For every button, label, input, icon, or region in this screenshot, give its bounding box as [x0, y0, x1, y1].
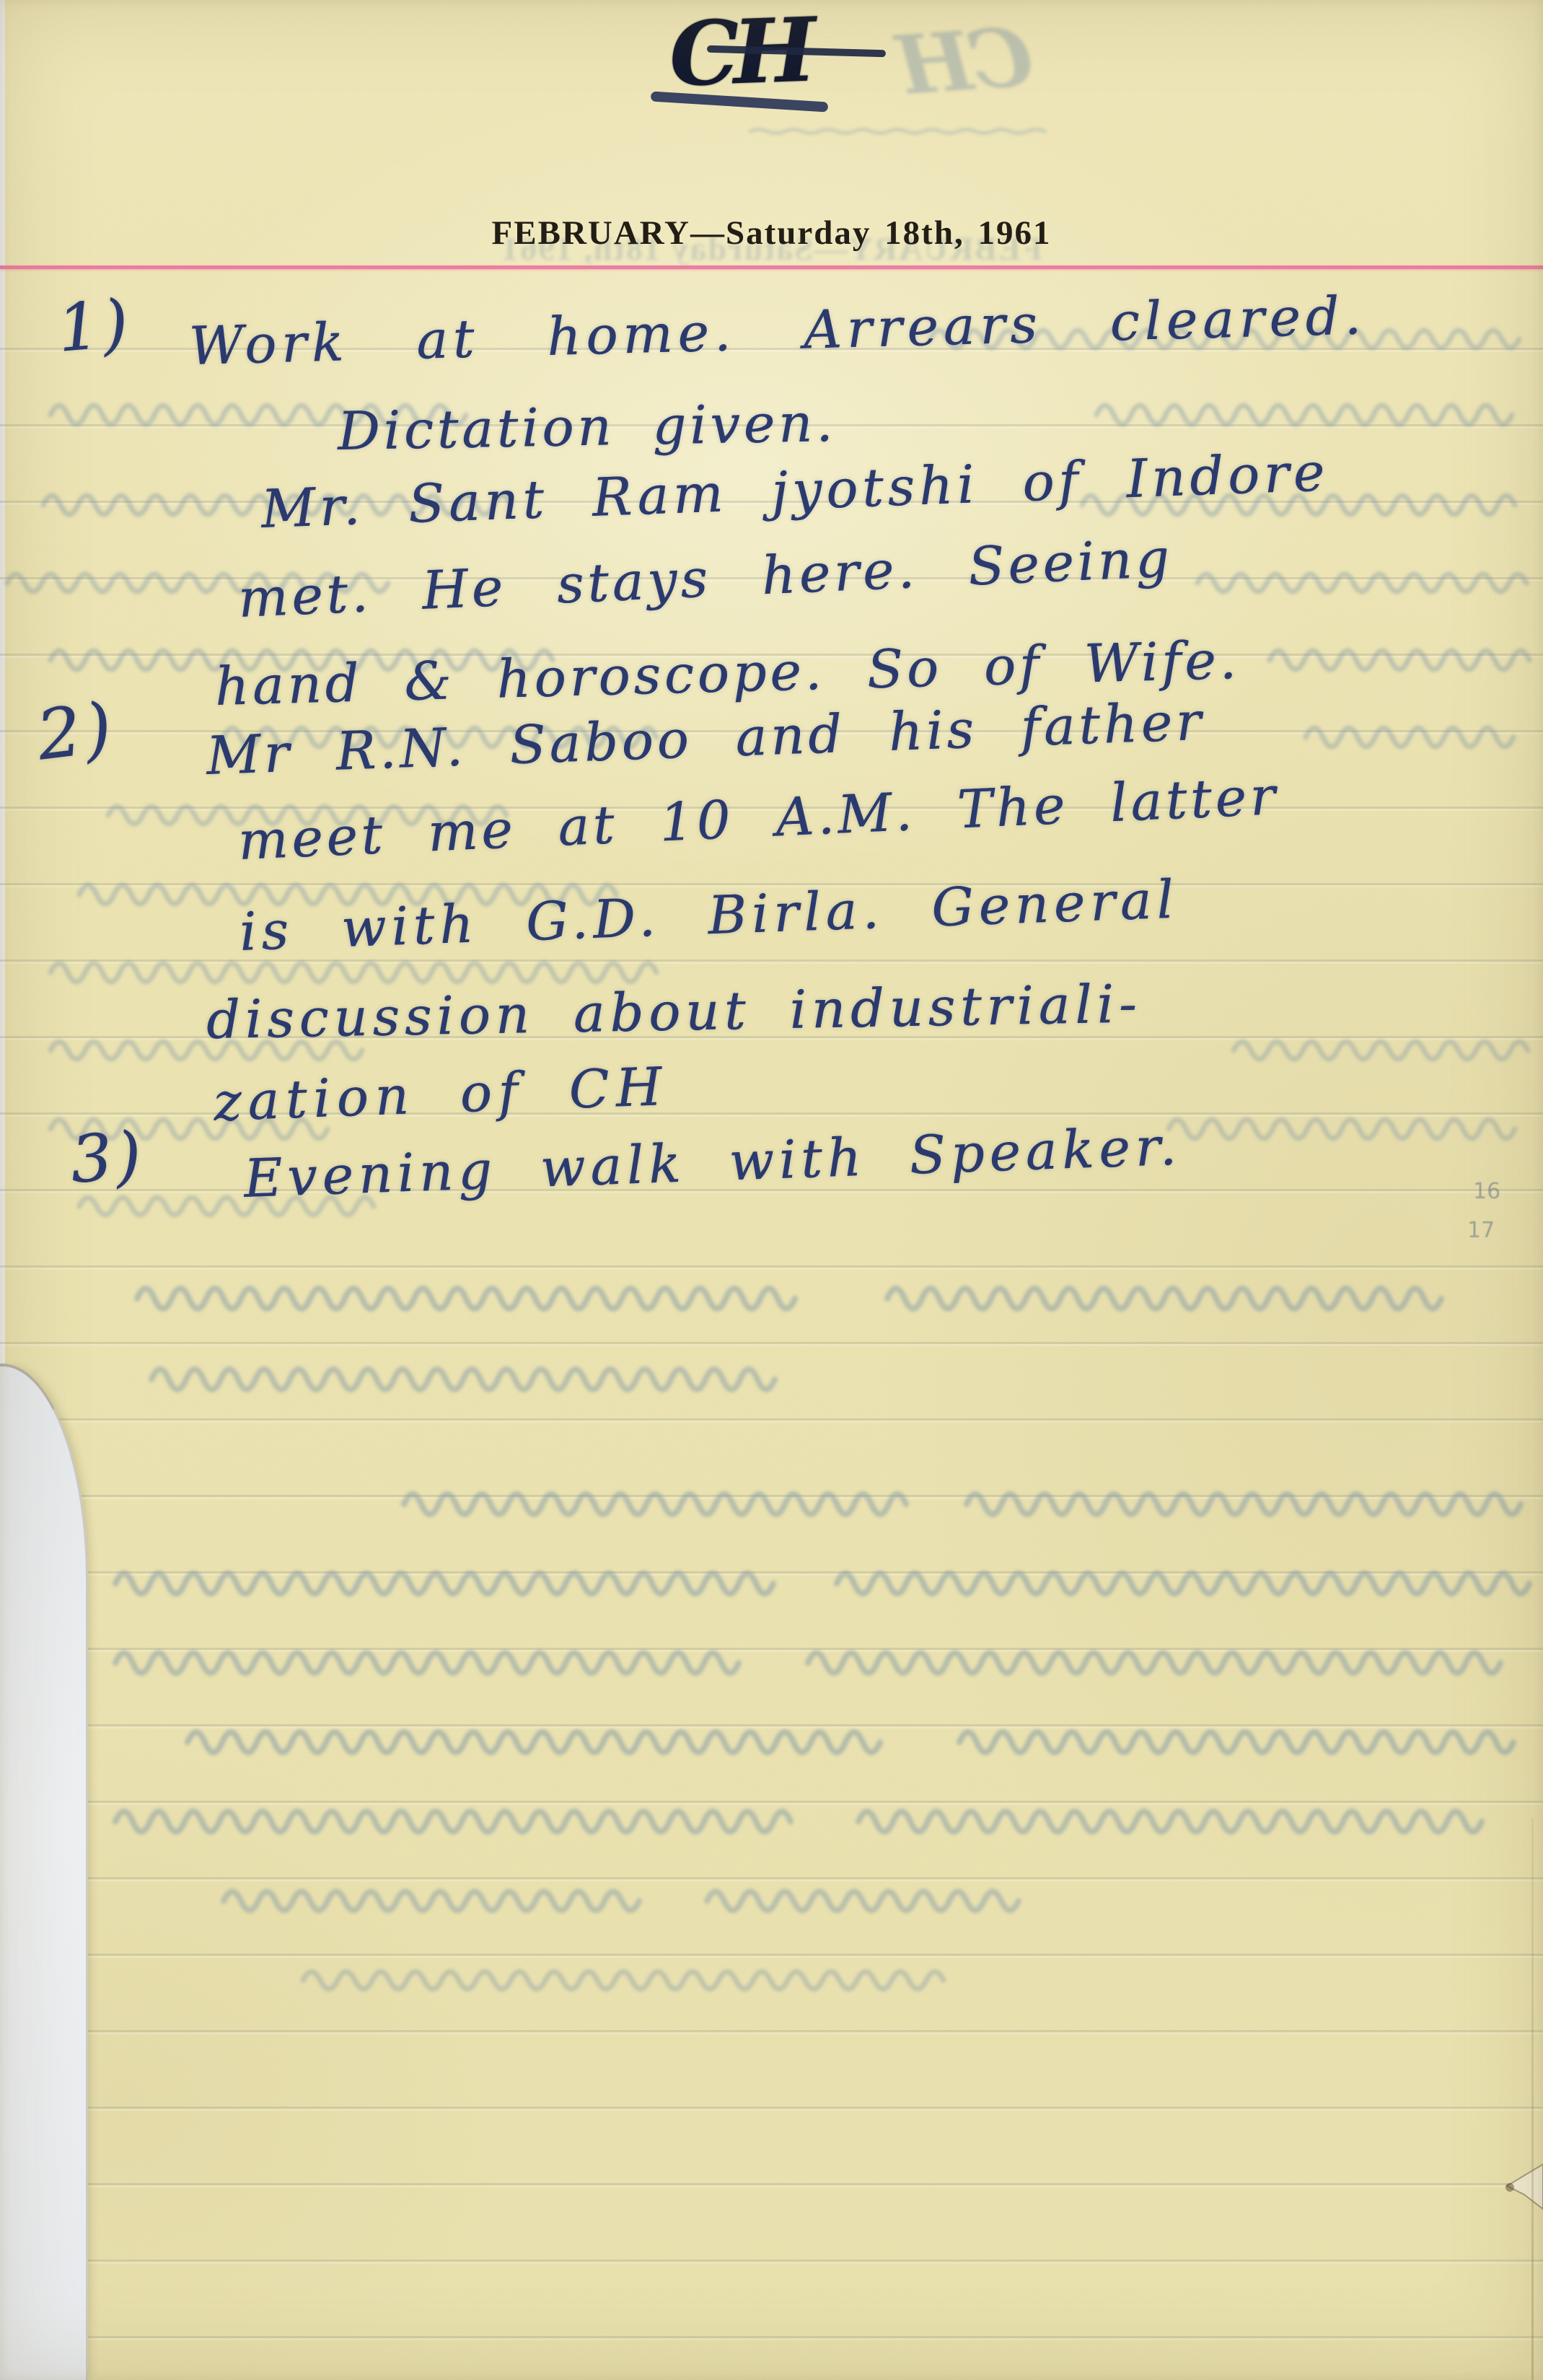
entry-3-marker: 3)	[68, 1117, 146, 1198]
edge-tear	[1500, 2159, 1543, 2216]
margin-ghost-number-16: 16	[1473, 1179, 1500, 1204]
diary-page: CH FEBRUARY—Saturday 18th, 1961 CH FEBRU…	[0, 0, 1543, 2380]
entry-1-marker: 1)	[54, 285, 134, 367]
pink-rule-line	[0, 265, 1543, 269]
bleed-through-heading: CH	[870, 8, 1064, 115]
page-edge-line	[1531, 1818, 1534, 2380]
margin-ghost-number-17: 17	[1467, 1218, 1495, 1243]
printed-date-header: FEBRUARY—Saturday 18th, 1961	[0, 214, 1543, 253]
entry-1-line-2: Dictation given.	[337, 392, 837, 462]
entry-2-marker: 2)	[32, 688, 119, 776]
underlying-page-corner	[0, 1364, 88, 2380]
